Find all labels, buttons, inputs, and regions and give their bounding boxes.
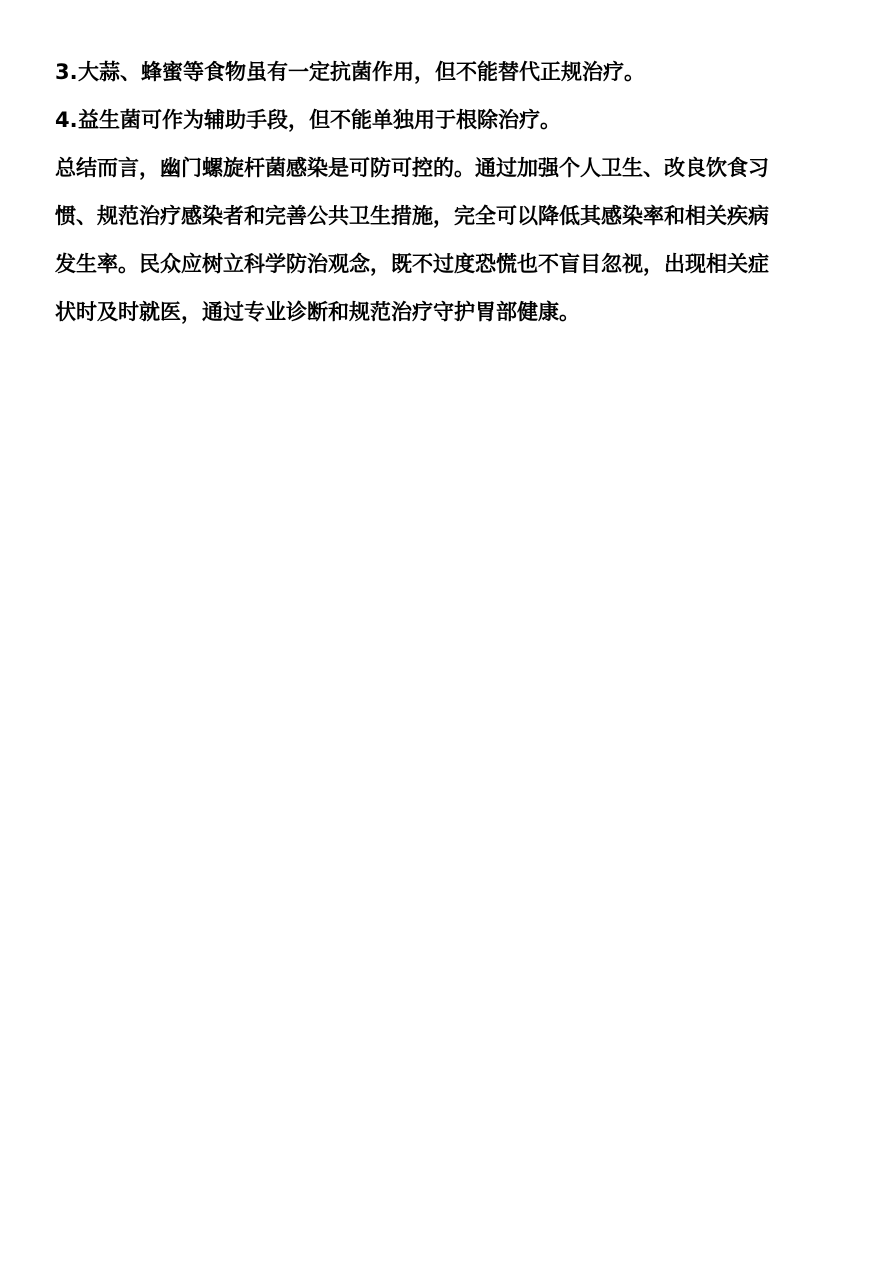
paragraph-line: 状时及时就医，通过专业诊断和规范治疗守护胃部健康。 [55,288,838,336]
list-item-number: 3. [55,48,78,96]
paragraph-line: 发生率。民众应树立科学防治观念，既不过度恐慌也不盲目忽视，出现相关症 [55,240,838,288]
paragraph-line: 总结而言，幽门螺旋杆菌感染是可防可控的。通过加强个人卫生、改良饮食习 [55,144,838,192]
list-item: 4. 益生菌可作为辅助手段，但不能单独用于根除治疗。 [55,96,838,144]
document-page: 3. 大蒜、蜂蜜等食物虽有一定抗菌作用，但不能替代正规治疗。 4. 益生菌可作为… [0,0,893,1262]
list-item: 3. 大蒜、蜂蜜等食物虽有一定抗菌作用，但不能替代正规治疗。 [55,48,838,96]
list-item-text: 大蒜、蜂蜜等食物虽有一定抗菌作用，但不能替代正规治疗。 [78,48,645,96]
list-item-text: 益生菌可作为辅助手段，但不能单独用于根除治疗。 [78,96,561,144]
list-item-number: 4. [55,96,78,144]
paragraph-line: 惯、规范治疗感染者和完善公共卫生措施，完全可以降低其感染率和相关疾病 [55,192,838,240]
